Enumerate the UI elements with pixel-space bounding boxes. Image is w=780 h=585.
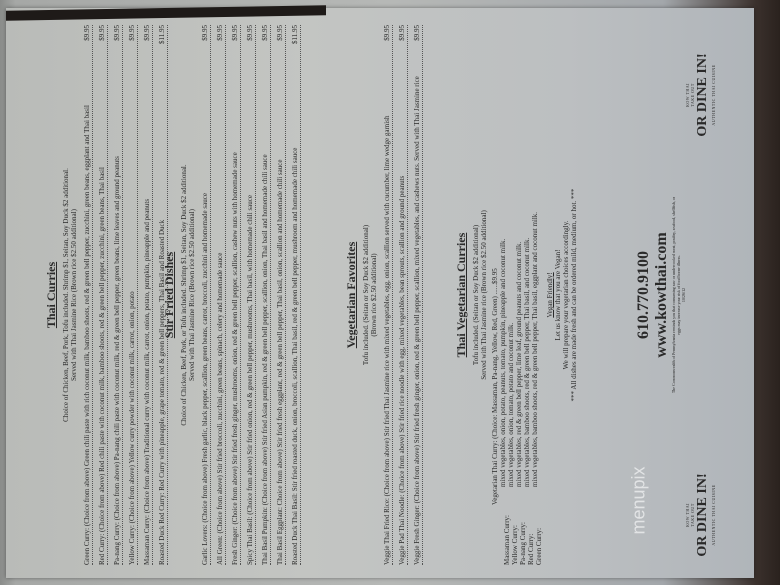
item-price: $9.95: [143, 25, 151, 41]
item-desc: (Choice from above) Fresh garlic, black …: [201, 193, 209, 523]
item-desc: (Choice from above) Stir fried fresh gin…: [413, 76, 421, 503]
section-subtitle: (Brown rice $2.50 additional): [370, 25, 378, 565]
item-desc: (Choice from above) Stir fried fresh gin…: [231, 152, 239, 524]
item-name: Fresh Ginger:: [231, 526, 239, 565]
item-desc: (Choice from above) Yellow curry powder …: [128, 291, 136, 523]
item-price: $9.95: [246, 25, 254, 41]
curry-type: Yellow Curry:: [511, 505, 519, 565]
item-desc: Choice from above) Stir fried fresh eggp…: [276, 160, 284, 506]
item-name: Green Curry:: [83, 528, 91, 565]
item-price: $9.95: [383, 25, 391, 41]
section-title: Vegetarian Favorites: [344, 25, 359, 565]
menu-item: Fresh Ginger: (Choice from above) Stir f…: [231, 25, 241, 565]
item-name: Veggie Pad Thai Noodle:: [398, 495, 406, 565]
curry-desc: mixed vegetables, red & green bell peppe…: [515, 25, 523, 487]
menu-item: Green Curry: (Choice from above) Green c…: [83, 25, 93, 565]
item-price: $9.95: [276, 25, 284, 41]
menu-item: Veggie Pad Thai Noodle: (Choice from abo…: [398, 25, 408, 565]
menu-item: Veggie Fresh Ginger: (Choice from above)…: [413, 25, 423, 565]
item-name: Garlic Lovers:: [201, 524, 209, 565]
curry-type: Pa-nang Curry:: [519, 505, 527, 565]
stir-fried-section: Stir Fried Dishes Choice of Chicken, Bee…: [158, 25, 306, 565]
item-name: Thai Basil Pumpkin:: [261, 507, 269, 565]
item-price: $9.95: [231, 25, 239, 41]
item-name: Veggie Fresh Ginger:: [413, 505, 421, 565]
menu-item: All Green: (Choice from above) Stir frie…: [216, 25, 226, 565]
item-price: $9.95: [398, 25, 406, 41]
item-name: Spicy Thai Basil:: [246, 517, 254, 565]
website: www.kowthai.com: [653, 195, 671, 395]
section-subtitle: Tofu included. (Seitan or Soy Duck $2 ad…: [362, 25, 370, 565]
item-price: $9.95: [98, 25, 106, 41]
menu-item: Red Curry: (Choice from above) Red chili…: [98, 25, 108, 565]
item-price: $11.95: [291, 25, 299, 44]
vegan-line: *** All dishes are made fresh and can be…: [570, 25, 578, 565]
section-title: Thai Curries: [44, 25, 59, 565]
curry-type: Massaman Curry:: [503, 505, 511, 565]
logo-right: KOW THAI TAKE OUT OR DINE IN! AUTHENTIC …: [685, 35, 716, 155]
menu-item: Pa-nang Curry: (Choice from above) Pa-na…: [113, 25, 123, 565]
curry-type: Red Curry:: [527, 505, 535, 565]
item-price: $9.95: [216, 25, 224, 41]
section-title: Stir Fried Dishes: [162, 25, 177, 565]
watermark: menupix: [629, 466, 650, 534]
thai-curries-section: Thai Curries Choice of Chicken, Beef, Po…: [40, 25, 173, 565]
item-desc: (Choice from above) Red chili paste with…: [98, 167, 106, 532]
phone-number: 610.770.9100: [635, 195, 653, 395]
item-name: All Green:: [216, 535, 224, 565]
item-desc: (Choice from above) Stir fried Thai Jasm…: [383, 116, 391, 497]
print-code: 10/26/12: [681, 195, 686, 395]
item-desc: (Choice from above) Pa-nang chili paste …: [113, 156, 121, 520]
menu-item: Massaman Curry: (Choice from above) Trad…: [143, 25, 153, 565]
vegetarian-curry-main: Vegetarian Thai Curry: (Choice: Massaman…: [491, 25, 499, 505]
logo-left: KOW THAI TAKE OUT OR DINE IN! AUTHENTIC …: [685, 455, 716, 575]
logo-main: OR DINE IN!: [695, 35, 711, 155]
menu-item: Thai Basil Pumpkin: (Choice from above) …: [261, 25, 271, 565]
section-subtitle: Tofu included. (Seitan or Soy Duck $2 ad…: [472, 25, 480, 565]
logo-main: OR DINE IN!: [695, 455, 711, 575]
item-name: Roasted Duck Thai Basil:: [291, 493, 299, 565]
menu-item: Spicy Thai Basil: (Choice from above) St…: [246, 25, 256, 565]
curry-desc: mixed vegetables, bamboo shoots, red & g…: [531, 25, 539, 487]
section-subtitle: Served with Thai Jasmine rice (Brown ric…: [480, 25, 488, 565]
item-price: $9.95: [413, 25, 421, 41]
item-name: Thai Basil Eggplant:: [276, 507, 284, 565]
item-name: Pa-nang Curry:: [113, 522, 121, 565]
item-desc: (Choice from above) Stir fried Asian pum…: [261, 154, 269, 505]
vegan-section: Vegan Friendly! Let us know that you are…: [546, 25, 578, 565]
section-subtitle: Choice of Chicken, Beef, Pork, or Tofu i…: [180, 25, 188, 565]
item-desc: (Choice from above) Stir fried broccoli,…: [216, 253, 224, 534]
item-desc: (Choice from above) Traditional curry wi…: [143, 199, 151, 513]
logo-tagline: AUTHENTIC THAI CUISINE: [711, 455, 716, 575]
vegan-title: Vegan Friendly!: [546, 25, 554, 565]
vegan-line: We will prepare your vegetarian choices …: [562, 25, 570, 565]
section-subtitle: Served with Thai Jasmine Rice (Brown ric…: [70, 25, 78, 565]
item-desc: (Choice from above) Green chili paste wi…: [83, 105, 91, 526]
menu-item: Yellow Curry: (Choice from above) Yellow…: [128, 25, 138, 565]
item-name: Red Curry:: [98, 534, 106, 565]
vegan-line: Let us know that you are Vegan!: [554, 25, 562, 565]
disclaimer: The Commonwealth of Pennsylvania reminds…: [671, 195, 681, 395]
item-desc: (Choice from above) Stir fried onion, re…: [246, 195, 254, 515]
item-price: $9.95: [83, 25, 91, 41]
contact-block: 610.770.9100 www.kowthai.com The Commonw…: [635, 195, 686, 395]
logo-tagline: AUTHENTIC THAI CUISINE: [711, 35, 716, 155]
curry-desc: mixed vegetables, onion, tomato, potato …: [507, 25, 515, 487]
vegetarian-favorites-section: Vegetarian Favorites Tofu included. (Sei…: [340, 25, 428, 565]
section-subtitle: Served with Thai Jasmine Rice (Brown ric…: [188, 25, 196, 565]
section-title: Thai Vegetarian Curries: [454, 25, 469, 565]
item-price: $9.95: [261, 25, 269, 41]
curry-desc: mixed vegetables, onion, potato, peanuts…: [499, 25, 507, 487]
curry-type: Green Curry:: [535, 505, 543, 565]
item-name: Veggie Thai Fried Rice:: [383, 498, 391, 565]
item-price: $9.95: [113, 25, 121, 41]
menu-item: Garlic Lovers: (Choice from above) Fresh…: [201, 25, 211, 565]
item-name: Yellow Curry:: [128, 525, 136, 565]
section-subtitle: Choice of Chicken, Beef, Pork, Tofu incl…: [62, 25, 70, 565]
item-price: $9.95: [128, 25, 136, 41]
vegetarian-curries-section: Thai Vegetarian Curries Tofu included. (…: [450, 25, 578, 565]
menu-item: Thai Basil Eggplant: Choice from above) …: [276, 25, 286, 565]
item-price: $9.95: [201, 25, 209, 41]
curry-desc: mixed vegetables, bamboo shoots, red & g…: [523, 25, 531, 487]
curry-type-list: Massaman Curry:Yellow Curry:Pa-nang Curr…: [503, 505, 543, 565]
menu-item: Veggie Thai Fried Rice: (Choice from abo…: [383, 25, 393, 565]
item-name: Massaman Curry:: [143, 515, 151, 565]
item-desc: (Choice from above) Stir fried rice nood…: [398, 176, 406, 493]
item-desc: Stir fried roasted duck, onion, broccoli…: [291, 148, 299, 492]
menu-item: Roasted Duck Thai Basil: Stir fried roas…: [291, 25, 301, 565]
